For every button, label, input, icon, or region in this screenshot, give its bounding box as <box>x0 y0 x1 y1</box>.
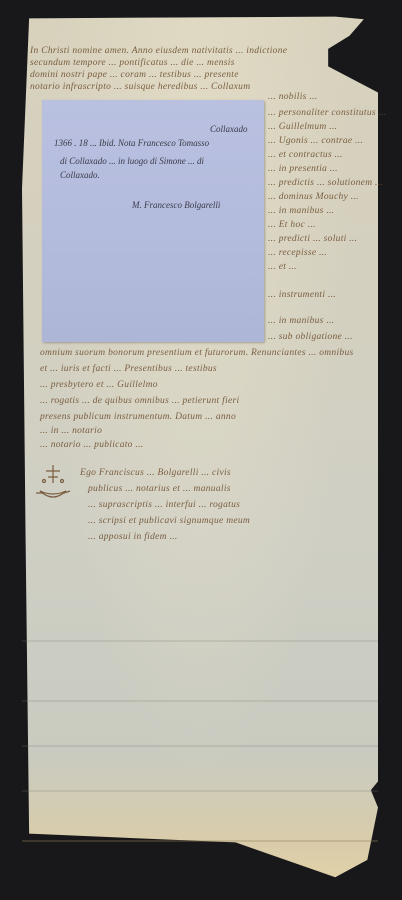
text-line: ... predictis ... solutionem ... <box>268 178 383 188</box>
text-line: omnium suorum bonorum presentium et futu… <box>40 348 354 358</box>
fold-crease <box>22 640 378 642</box>
text-line: ... et ... <box>268 262 297 272</box>
text-line: ... sub obligatione ... <box>268 332 353 342</box>
notary-signum-icon <box>34 463 72 507</box>
text-line: ... Et hoc ... <box>268 220 316 230</box>
note-line: Collaxado. <box>60 170 100 180</box>
subscription-line: publicus ... notarius et ... manualis <box>88 484 231 494</box>
text-line: ... in presentia ... <box>268 164 338 174</box>
text-line: ... in manibus ... <box>268 206 334 216</box>
text-line: ... predicti ... soluti ... <box>268 234 357 244</box>
text-line: ... dominus Mouchy ... <box>268 192 359 202</box>
text-line: ... rogatis ... de quibus omnibus ... pe… <box>40 396 239 406</box>
fold-crease <box>22 840 378 842</box>
attached-archival-note: Collaxado 1366 . 18 ... Ibid. Nota Franc… <box>42 100 264 342</box>
text-line: ... Guillelmum ... <box>268 122 337 132</box>
text-line: ... Ugonis ... contrae ... <box>268 136 363 146</box>
text-line: ... notario ... publicato ... <box>40 440 143 450</box>
subscription-line: ... suprascriptis ... interfui ... rogat… <box>88 500 240 510</box>
text-line: ... personaliter constitutus ... <box>268 108 387 118</box>
text-line: presens publicum instrumentum. Datum ...… <box>40 412 236 422</box>
note-header: Collaxado <box>210 124 248 134</box>
text-line: notario infrascripto ... suisque heredib… <box>30 82 250 92</box>
note-line: 1366 . 18 ... Ibid. Nota Francesco Tomas… <box>54 138 209 148</box>
note-signature: M. Francesco Bolgarelli <box>132 200 220 210</box>
text-line: ... et contractus ... <box>268 150 343 160</box>
text-line: ... in manibus ... <box>268 316 334 326</box>
text-line: ... instrumenti ... <box>268 290 336 300</box>
fold-crease <box>22 745 378 747</box>
text-line: domini nostri pape ... coram ... testibu… <box>30 70 239 80</box>
subscription-line: Ego Franciscus ... Bolgarelli ... civis <box>80 468 231 478</box>
text-line: In Christi nomine amen. Anno eiusdem nat… <box>30 46 287 56</box>
subscription-line: ... scripsi et publicavi signumque meum <box>88 516 250 526</box>
text-line: ... in ... notario <box>40 426 102 436</box>
note-line: di Collaxado ... in luogo di Simone ... … <box>60 156 204 166</box>
fold-crease <box>22 700 378 702</box>
text-line: ... presbytero et ... Guillelmo <box>40 380 158 390</box>
fold-crease <box>22 790 378 792</box>
text-line: ... nobilis ... <box>268 92 317 102</box>
text-line: secundum tempore ... pontificatus ... di… <box>30 58 235 68</box>
text-line: ... recepisse ... <box>268 248 327 258</box>
subscription-line: ... apposui in fidem ... <box>88 532 178 542</box>
text-line: et ... iuris et facti ... Presentibus ..… <box>40 364 217 374</box>
